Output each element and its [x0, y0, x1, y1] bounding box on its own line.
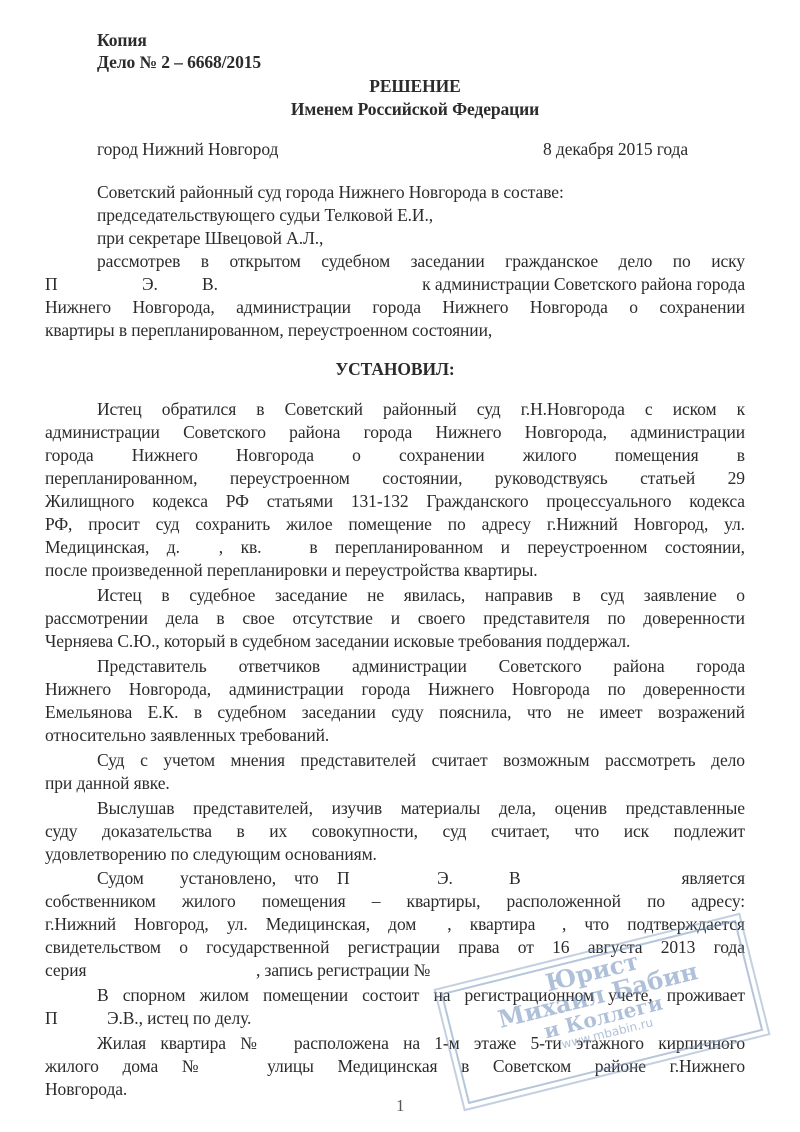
- page-number: 1: [396, 1096, 405, 1116]
- paragraph-line: П: [45, 1007, 58, 1029]
- paragraph-line: г.НижнийНовгород,ул.Медицинская,дом ,ква…: [45, 913, 745, 935]
- plaintiff-initial-patronymic: В.: [202, 273, 218, 295]
- paragraph-line: судудоказательствавихсовокупности,судсчи…: [45, 820, 745, 842]
- intro-line: квартиры в перепланированном, переустрое…: [45, 319, 492, 341]
- paragraph-line: при данной явке.: [45, 772, 170, 794]
- document-subtitle: Именем Российской Федерации: [0, 98, 800, 120]
- defendant-text: к администрации Советского района города: [366, 273, 745, 295]
- document-title: РЕШЕНИЕ: [0, 75, 800, 97]
- presiding-judge: председательствующего судьи Телковой Е.И…: [97, 204, 433, 226]
- paragraph-line: Медицинская,д. ,кв. вперепланированномип…: [45, 536, 745, 558]
- paragraph-line: удовлетворению по следующим основаниям.: [45, 843, 377, 865]
- court-secretary: при секретаре Швецовой А.Л.,: [97, 227, 323, 249]
- paragraph-line: НижнегоНовгорода,администрациигородаНижн…: [45, 678, 745, 700]
- plaintiff-initial-name: Э.: [142, 273, 158, 295]
- paragraph-line: администрацииСоветскогорайонагородаНижне…: [45, 421, 745, 443]
- section-heading: УСТАНОВИЛ:: [0, 358, 790, 380]
- intro-line: НижнегоНовгорода,администрациигородаНижн…: [45, 296, 745, 318]
- copy-label: Копия: [97, 29, 147, 51]
- intro-line: рассмотреввоткрытомсудебномзаседанииграж…: [97, 250, 745, 272]
- paragraph-line: РФ,проситсудсохранитьжилоепомещениепоадр…: [45, 513, 745, 535]
- paragraph-line: серия: [45, 959, 86, 981]
- case-number: Дело № 2 – 6668/2015: [97, 51, 261, 73]
- city: город Нижний Новгород: [97, 138, 278, 160]
- decision-date: 8 декабря 2015 года: [543, 138, 688, 160]
- paragraph-line: после произведенной перепланировки и пер…: [45, 559, 538, 581]
- paragraph-line: городаНижнегоНовгородаосохранениижилогоп…: [45, 444, 745, 466]
- paragraph-line: ЕмельяноваЕ.К.всудебномзаседаниисудупояс…: [45, 701, 745, 723]
- paragraph-line: собственникомжилогопомещения–квартиры,ра…: [45, 890, 745, 912]
- paragraph-line: Истецвсудебноезаседаниенеявилась,направи…: [97, 584, 745, 606]
- paragraph-line: относительно заявленных требований.: [45, 724, 329, 746]
- court-composition: Советский районный суд города Нижнего Но…: [97, 181, 564, 203]
- paragraph-line: Выслушавпредставителей,изучивматериалыде…: [97, 797, 745, 819]
- paragraph-line: , запись регистрации №: [256, 959, 430, 981]
- paragraph-line: Новгорода.: [45, 1078, 127, 1100]
- plaintiff-initial-surname: П: [45, 273, 58, 295]
- paragraph-line: Э.В., истец по делу.: [107, 1007, 251, 1029]
- paragraph-line: Черняева С.Ю., который в судебном заседа…: [45, 630, 630, 652]
- paragraph-line: ИстецобратилсявСоветскийрайонныйсудг.Н.Н…: [97, 398, 745, 420]
- paragraph-line: перепланированном,переустроенномсостояни…: [45, 467, 745, 489]
- paragraph-line: ЖилищногокодексаРФстатьями131-132Граждан…: [45, 490, 745, 512]
- paragraph-line: Судсучетоммненияпредставителейсчитаетвоз…: [97, 749, 745, 771]
- paragraph-line: рассмотренииделавсвоеотсутствиеисвоегопр…: [45, 607, 745, 629]
- document-page: Копия Дело № 2 – 6668/2015 РЕШЕНИЕ Имене…: [0, 0, 800, 1132]
- paragraph-line: ПредставительответчиковадминистрацииСове…: [97, 655, 745, 677]
